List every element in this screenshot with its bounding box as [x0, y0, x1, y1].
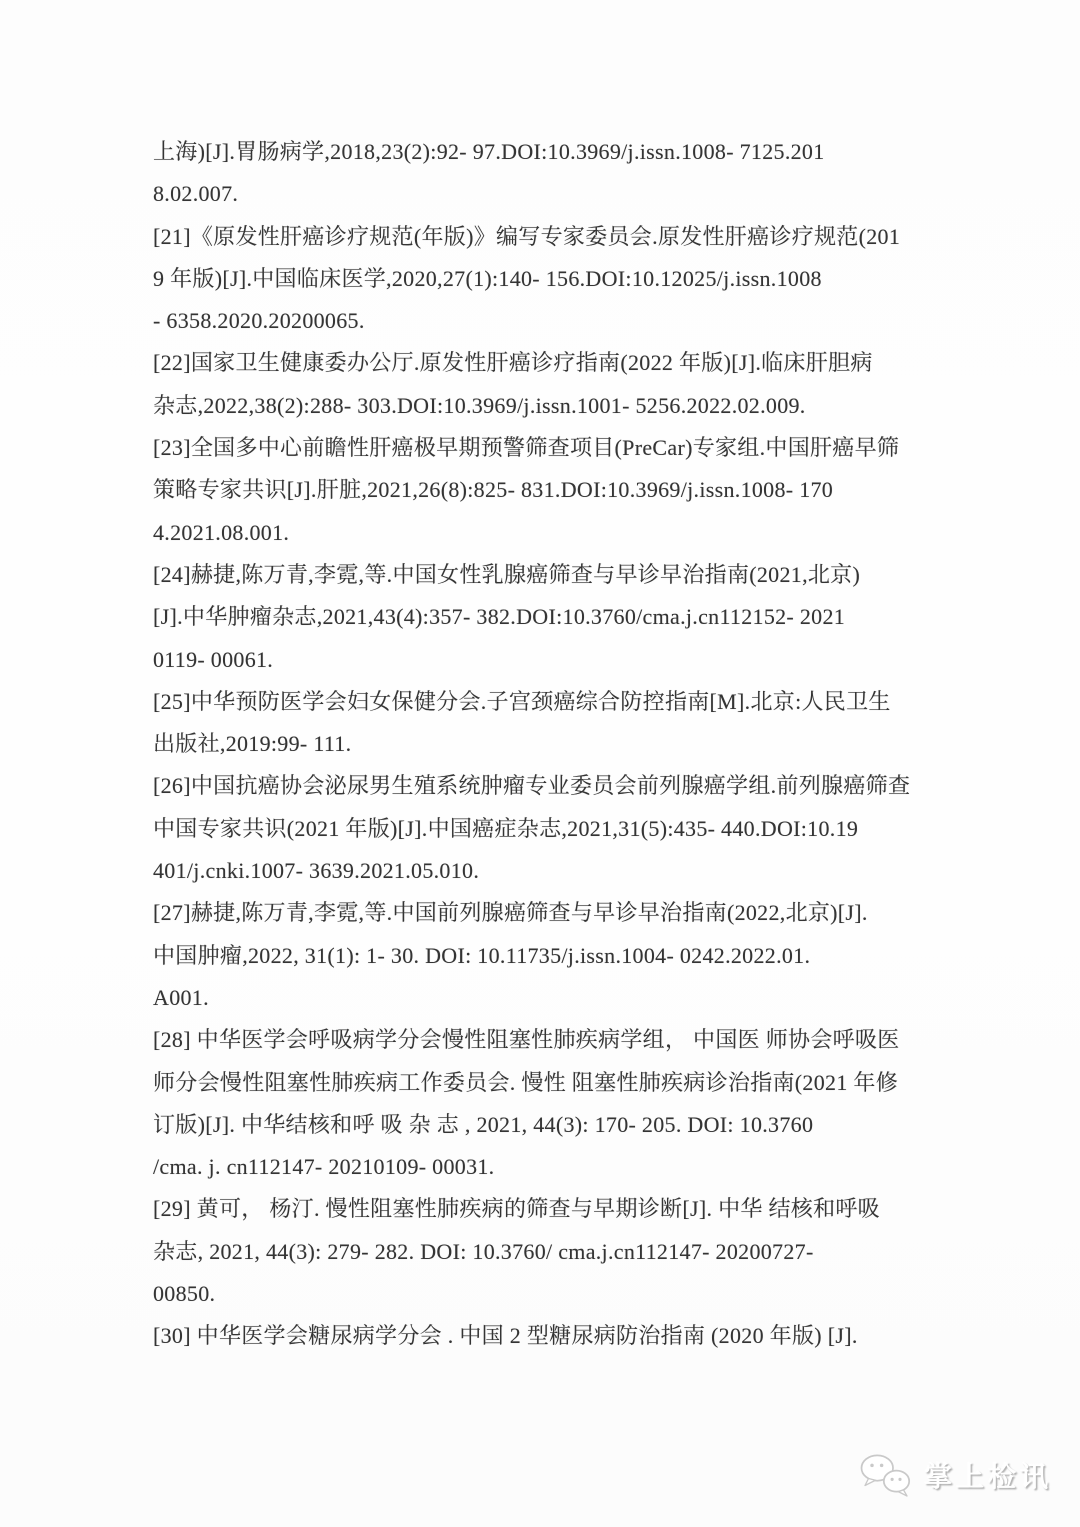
reference-line: - 6358.2020.20200065.: [153, 300, 953, 342]
watermark: 掌上检讯: [858, 1451, 1052, 1499]
reference-line: 00850.: [153, 1273, 953, 1315]
reference-line: A001.: [153, 977, 953, 1019]
reference-line: [27]赫捷,陈万青,李霓,等.中国前列腺癌筛查与早诊早治指南(2022,北京)…: [153, 892, 953, 934]
document-page: 上海)[J].胃肠病学,2018,23(2):92- 97.DOI:10.396…: [0, 0, 1080, 1527]
reference-line: [21]《原发性肝癌诊疗规范(年版)》编写专家委员会.原发性肝癌诊疗规范(201: [153, 216, 953, 258]
reference-line: [28] 中华医学会呼吸病学分会慢性阻塞性肺疾病学组， 中国医 师协会呼吸医: [153, 1019, 953, 1061]
reference-line: 订版)[J]. 中华结核和呼 吸 杂 志 , 2021, 44(3): 170-…: [153, 1104, 953, 1146]
reference-line: 出版社,2019:99- 111.: [153, 723, 953, 765]
reference-line: 8.02.007.: [153, 173, 953, 215]
reference-line: 9 年版)[J].中国临床医学,2020,27(1):140- 156.DOI:…: [153, 258, 953, 300]
reference-line: [22]国家卫生健康委办公厅.原发性肝癌诊疗指南(2022 年版)[J].临床肝…: [153, 342, 953, 384]
reference-line: [23]全国多中心前瞻性肝癌极早期预警筛查项目(PreCar)专家组.中国肝癌早…: [153, 427, 953, 469]
reference-line: 杂志, 2021, 44(3): 279- 282. DOI: 10.3760/…: [153, 1231, 953, 1273]
watermark-label: 掌上检讯: [924, 1455, 1052, 1495]
reference-line: 中国专家共识(2021 年版)[J].中国癌症杂志,2021,31(5):435…: [153, 808, 953, 850]
reference-line: 上海)[J].胃肠病学,2018,23(2):92- 97.DOI:10.396…: [153, 131, 953, 173]
reference-line: 杂志,2022,38(2):288- 303.DOI:10.3969/j.iss…: [153, 385, 953, 427]
reference-line: [24]赫捷,陈万青,李霓,等.中国女性乳腺癌筛查与早诊早治指南(2021,北京…: [153, 554, 953, 596]
reference-line: [J].中华肿瘤杂志,2021,43(4):357- 382.DOI:10.37…: [153, 596, 953, 638]
reference-line: [25]中华预防医学会妇女保健分会.子宫颈癌综合防控指南[M].北京:人民卫生: [153, 681, 953, 723]
reference-line: [30] 中华医学会糖尿病学分会 . 中国 2 型糖尿病防治指南 (2020 年…: [153, 1315, 953, 1357]
reference-line: 4.2021.08.001.: [153, 512, 953, 554]
reference-line: [26]中国抗癌协会泌尿男生殖系统肿瘤专业委员会前列腺癌学组.前列腺癌筛查: [153, 765, 953, 807]
reference-line: 中国肿瘤,2022, 31(1): 1- 30. DOI: 10.11735/j…: [153, 935, 953, 977]
reference-line: 策略专家共识[J].肝脏,2021,26(8):825- 831.DOI:10.…: [153, 469, 953, 511]
reference-line: 401/j.cnki.1007- 3639.2021.05.010.: [153, 850, 953, 892]
reference-line: 师分会慢性阻塞性肺疾病工作委员会. 慢性 阻塞性肺疾病诊治指南(2021 年修: [153, 1062, 953, 1104]
reference-line: [29] 黄可， 杨汀. 慢性阻塞性肺疾病的筛查与早期诊断[J]. 中华 结核和…: [153, 1188, 953, 1230]
reference-line: /cma. j. cn112147- 20210109- 00031.: [153, 1146, 953, 1188]
wechat-icon: [858, 1451, 914, 1499]
reference-line: 0119- 00061.: [153, 639, 953, 681]
reference-list: 上海)[J].胃肠病学,2018,23(2):92- 97.DOI:10.396…: [153, 131, 953, 1358]
